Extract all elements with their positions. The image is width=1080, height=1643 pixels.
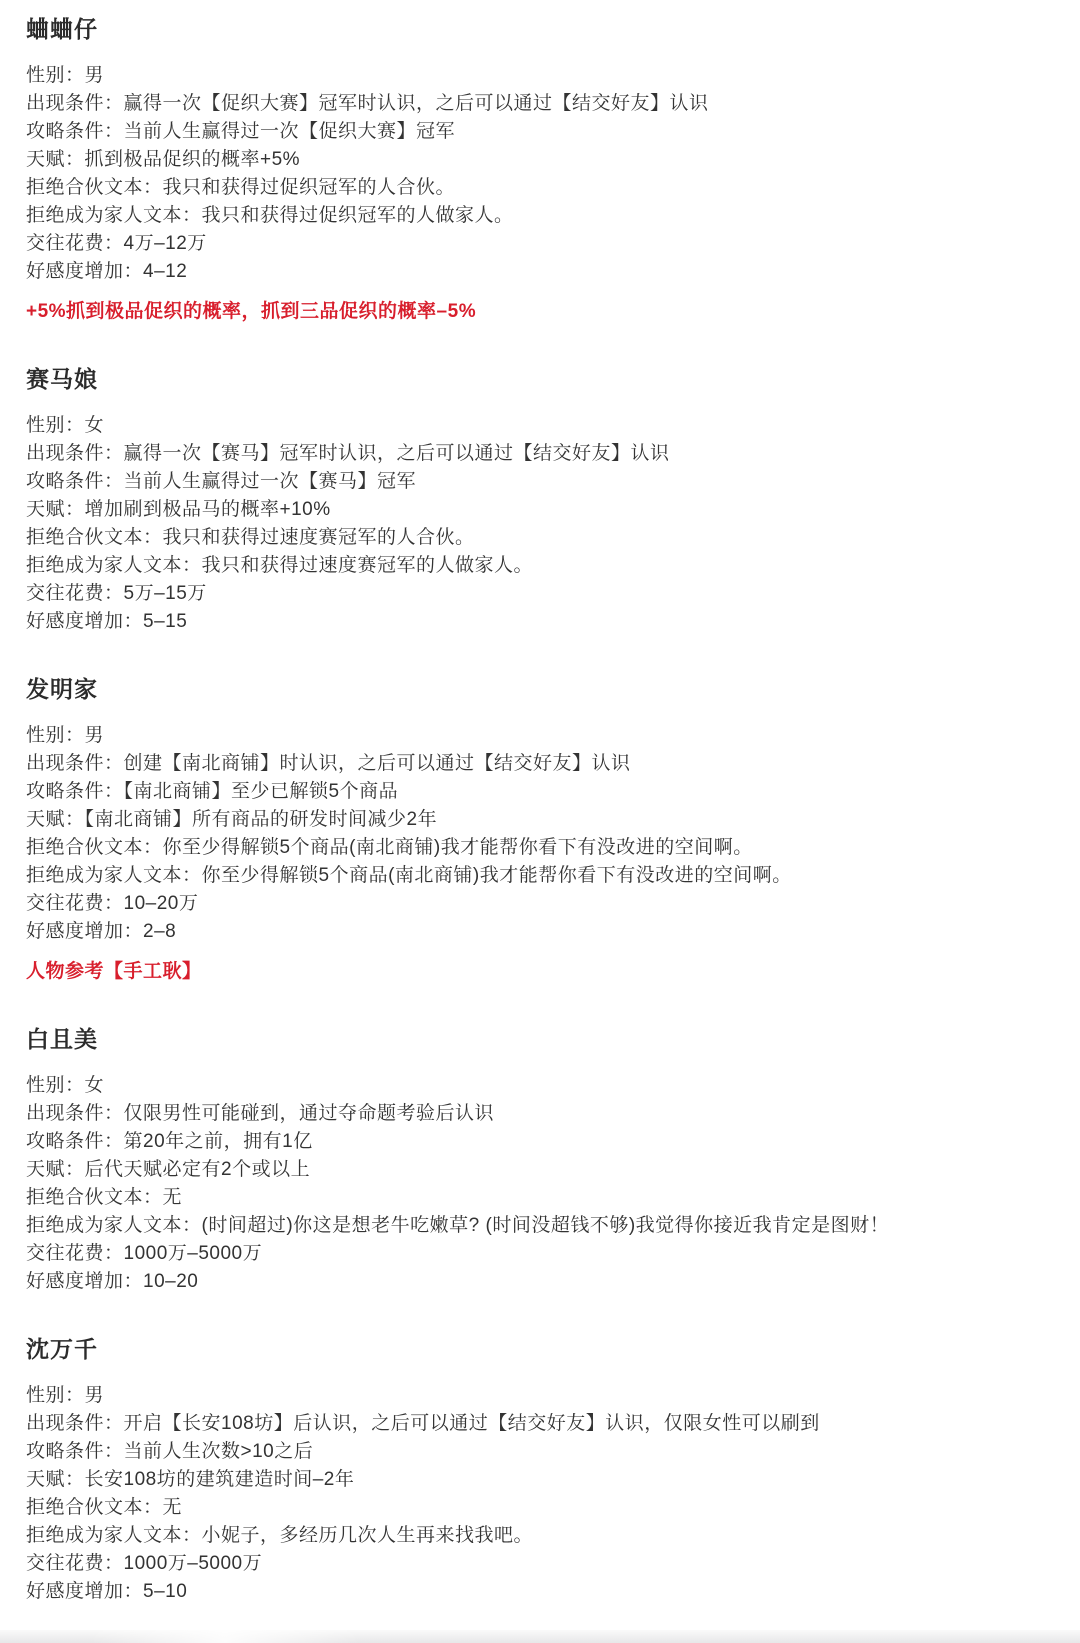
field-strategy-condition: 攻略条件：第20年之前，拥有1亿 — [26, 1128, 1050, 1156]
field-appear-condition: 出现条件：开启【长安108坊】后认识，之后可以通过【结交好友】认识，仅限女性可以… — [26, 1410, 1050, 1438]
field-dating-cost: 交往花费：4万–12万 — [26, 230, 1050, 258]
field-appear-condition: 出现条件：仅限男性可能碰到，通过夺命题考验后认识 — [26, 1100, 1050, 1128]
field-strategy-condition: 攻略条件：当前人生赢得过一次【赛马】冠军 — [26, 468, 1050, 496]
field-dating-cost: 交往花费：1000万–5000万 — [26, 1240, 1050, 1268]
character-section-inventor: 发明家 性别：男 出现条件：创建【南北商铺】时认识，之后可以通过【结交好友】认识… — [26, 674, 1050, 986]
character-section-shen-wan-qian: 沈万千 性别：男 出现条件：开启【长安108坊】后认识，之后可以通过【结交好友】… — [26, 1334, 1050, 1606]
field-talent: 天赋：长安108坊的建筑建造时间–2年 — [26, 1466, 1050, 1494]
field-refuse-family: 拒绝成为家人文本：你至少得解锁5个商品(南北商铺)我才能帮你看下有没改进的空间啊… — [26, 862, 1050, 890]
field-dating-cost: 交往花费：5万–15万 — [26, 580, 1050, 608]
field-gender: 性别：男 — [26, 62, 1050, 90]
field-strategy-condition: 攻略条件：当前人生次数>10之后 — [26, 1438, 1050, 1466]
field-favor-gain: 好感度增加：5–10 — [26, 1578, 1050, 1606]
character-name: 沈万千 — [26, 1334, 1050, 1364]
field-favor-gain: 好感度增加：4–12 — [26, 258, 1050, 286]
character-guide-document: 蛐蛐仔 性别：男 出现条件：赢得一次【促织大赛】冠军时认识，之后可以通过【结交好… — [0, 0, 1080, 1606]
field-talent: 天赋：后代天赋必定有2个或以上 — [26, 1156, 1050, 1184]
field-gender: 性别：男 — [26, 722, 1050, 750]
field-refuse-family: 拒绝成为家人文本：小妮子，多经历几次人生再来找我吧。 — [26, 1522, 1050, 1550]
character-section-bai-qie-mei: 白且美 性别：女 出现条件：仅限男性可能碰到，通过夺命题考验后认识 攻略条件：第… — [26, 1024, 1050, 1296]
character-section-horse-girl: 赛马娘 性别：女 出现条件：赢得一次【赛马】冠军时认识，之后可以通过【结交好友】… — [26, 364, 1050, 636]
red-note-character-reference: 人物参考【手工耿】 — [26, 958, 1050, 986]
field-dating-cost: 交往花费：10–20万 — [26, 890, 1050, 918]
red-note-talent-tradeoff: +5%抓到极品促织的概率，抓到三品促织的概率–5% — [26, 298, 1050, 326]
field-appear-condition: 出现条件：赢得一次【赛马】冠军时认识，之后可以通过【结交好友】认识 — [26, 440, 1050, 468]
field-dating-cost: 交往花费：1000万–5000万 — [26, 1550, 1050, 1578]
character-name: 蛐蛐仔 — [26, 14, 1050, 44]
field-refuse-partner: 拒绝合伙文本：我只和获得过促织冠军的人合伙。 — [26, 174, 1050, 202]
field-refuse-partner: 拒绝合伙文本：无 — [26, 1494, 1050, 1522]
bottom-gray-bar — [0, 1630, 1080, 1643]
field-strategy-condition: 攻略条件：【南北商铺】至少已解锁5个商品 — [26, 778, 1050, 806]
field-favor-gain: 好感度增加：10–20 — [26, 1268, 1050, 1296]
field-gender: 性别：女 — [26, 412, 1050, 440]
field-talent: 天赋：增加刷到极品马的概率+10% — [26, 496, 1050, 524]
field-gender: 性别：男 — [26, 1382, 1050, 1410]
field-refuse-partner: 拒绝合伙文本：我只和获得过速度赛冠军的人合伙。 — [26, 524, 1050, 552]
character-name: 白且美 — [26, 1024, 1050, 1054]
field-strategy-condition: 攻略条件：当前人生赢得过一次【促织大赛】冠军 — [26, 118, 1050, 146]
character-name: 发明家 — [26, 674, 1050, 704]
field-appear-condition: 出现条件：创建【南北商铺】时认识，之后可以通过【结交好友】认识 — [26, 750, 1050, 778]
field-talent: 天赋：抓到极品促织的概率+5% — [26, 146, 1050, 174]
field-talent: 天赋：【南北商铺】所有商品的研发时间减少2年 — [26, 806, 1050, 834]
field-appear-condition: 出现条件：赢得一次【促织大赛】冠军时认识，之后可以通过【结交好友】认识 — [26, 90, 1050, 118]
field-refuse-family: 拒绝成为家人文本：(时间超过)你这是想老牛吃嫩草? (时间没超钱不够)我觉得你接… — [26, 1212, 1050, 1240]
field-favor-gain: 好感度增加：5–15 — [26, 608, 1050, 636]
field-favor-gain: 好感度增加：2–8 — [26, 918, 1050, 946]
field-refuse-family: 拒绝成为家人文本：我只和获得过速度赛冠军的人做家人。 — [26, 552, 1050, 580]
character-name: 赛马娘 — [26, 364, 1050, 394]
character-section-cricket-boy: 蛐蛐仔 性别：男 出现条件：赢得一次【促织大赛】冠军时认识，之后可以通过【结交好… — [26, 14, 1050, 326]
field-refuse-partner: 拒绝合伙文本：无 — [26, 1184, 1050, 1212]
field-refuse-partner: 拒绝合伙文本：你至少得解锁5个商品(南北商铺)我才能帮你看下有没改进的空间啊。 — [26, 834, 1050, 862]
field-gender: 性别：女 — [26, 1072, 1050, 1100]
field-refuse-family: 拒绝成为家人文本：我只和获得过促织冠军的人做家人。 — [26, 202, 1050, 230]
